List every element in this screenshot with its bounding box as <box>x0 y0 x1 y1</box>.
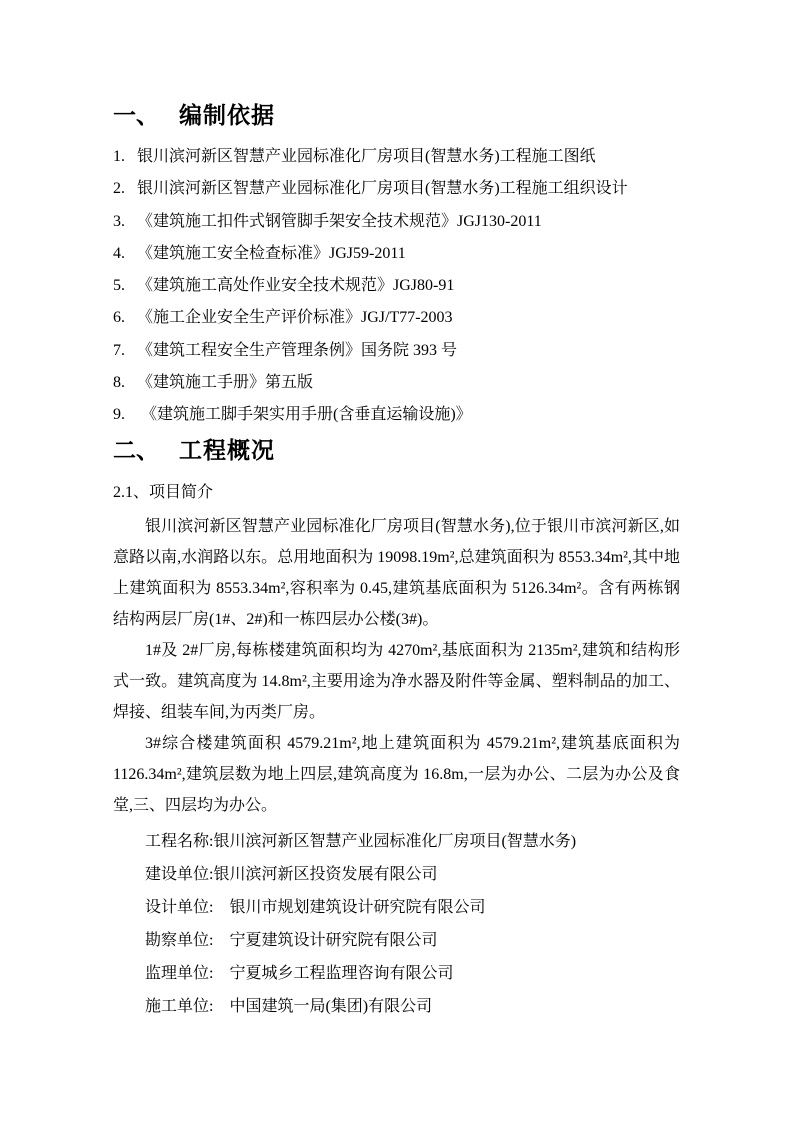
project-name-value: 银川滨河新区智慧产业园标准化厂房项目(智慧水务) <box>213 833 576 850</box>
basis-item-3-number: 3. <box>113 206 137 238</box>
section-2-heading: 二、工程概况 <box>113 434 680 466</box>
basis-item-2-text: 银川滨河新区智慧产业园标准化厂房项目(智慧水务)工程施工组织设计 <box>137 180 628 197</box>
basis-item-7: 7.《建筑工程安全生产管理条例》国务院 393 号 <box>113 335 680 367</box>
section-1-title: 编制依据 <box>179 102 275 128</box>
section-1-number: 一、 <box>113 99 159 131</box>
basis-item-6: 6.《施工企业安全生产评价标准》JGJ/T77-2003 <box>113 302 680 334</box>
overview-paragraph-1: 银川滨河新区智慧产业园标准化厂房项目(智慧水务),位于银川市滨河新区,如意路以南… <box>113 511 680 635</box>
overview-paragraph-3: 3#综合楼建筑面积 4579.21m²,地上建筑面积为 4579.21m²,建筑… <box>113 728 680 821</box>
basis-item-4-number: 4. <box>113 238 137 270</box>
basis-item-4-text: 《建筑施工安全检查标准》JGJ59-2011 <box>137 245 406 262</box>
construction-owner-label: 建设单位: <box>145 866 213 883</box>
document-page: 一、编制依据 1.银川滨河新区智慧产业园标准化厂房项目(智慧水务)工程施工图纸 … <box>0 0 793 1122</box>
survey-unit-line: 勘察单位: 宁夏建筑设计研究院有限公司 <box>113 924 680 957</box>
basis-item-1: 1.银川滨河新区智慧产业园标准化厂房项目(智慧水务)工程施工图纸 <box>113 141 680 173</box>
project-info-list: 工程名称:银川滨河新区智慧产业园标准化厂房项目(智慧水务) 建设单位:银川滨河新… <box>113 825 680 1023</box>
basis-item-3: 3.《建筑施工扣件式钢管脚手架安全技术规范》JGJ130-2011 <box>113 206 680 238</box>
project-name-line: 工程名称:银川滨河新区智慧产业园标准化厂房项目(智慧水务) <box>113 825 680 858</box>
basis-item-7-text: 《建筑工程安全生产管理条例》国务院 393 号 <box>137 342 457 359</box>
supervision-unit-value: 宁夏城乡工程监理咨询有限公司 <box>213 965 453 982</box>
basis-item-4: 4.《建筑施工安全检查标准》JGJ59-2011 <box>113 238 680 270</box>
construction-owner-line: 建设单位:银川滨河新区投资发展有限公司 <box>113 858 680 891</box>
basis-item-9-number: 9. <box>113 399 137 431</box>
basis-item-6-text: 《施工企业安全生产评价标准》JGJ/T77-2003 <box>137 309 453 326</box>
basis-item-5-text: 《建筑施工高处作业安全技术规范》JGJ80-91 <box>137 277 454 294</box>
basis-item-9: 9. 《建筑施工脚手架实用手册(含垂直运输设施)》 <box>113 399 680 431</box>
section-1-heading: 一、编制依据 <box>113 99 680 131</box>
survey-unit-label: 勘察单位: <box>145 932 213 949</box>
section-2-number: 二、 <box>113 434 159 466</box>
basis-item-2: 2.银川滨河新区智慧产业园标准化厂房项目(智慧水务)工程施工组织设计 <box>113 173 680 205</box>
design-unit-label: 设计单位: <box>145 899 213 916</box>
basis-item-8: 8.《建筑施工手册》第五版 <box>113 367 680 399</box>
basis-item-9-text: 《建筑施工脚手架实用手册(含垂直运输设施)》 <box>137 406 472 423</box>
overview-paragraph-2: 1#及 2#厂房,每栋楼建筑面积均为 4270m²,基底面积为 2135m²,建… <box>113 635 680 728</box>
project-name-label: 工程名称: <box>145 833 213 850</box>
basis-item-1-text: 银川滨河新区智慧产业园标准化厂房项目(智慧水务)工程施工图纸 <box>137 148 596 165</box>
survey-unit-value: 宁夏建筑设计研究院有限公司 <box>213 932 437 949</box>
basis-item-2-number: 2. <box>113 173 137 205</box>
basis-item-7-number: 7. <box>113 335 137 367</box>
section-2-title: 工程概况 <box>179 437 275 463</box>
basis-item-8-text: 《建筑施工手册》第五版 <box>137 374 313 391</box>
basis-item-6-number: 6. <box>113 302 137 334</box>
contractor-unit-value: 中国建筑一局(集团)有限公司 <box>213 998 432 1015</box>
basis-item-5-number: 5. <box>113 270 137 302</box>
contractor-unit-line: 施工单位: 中国建筑一局(集团)有限公司 <box>113 990 680 1023</box>
design-unit-value: 银川市规划建筑设计研究院有限公司 <box>213 899 485 916</box>
basis-item-1-number: 1. <box>113 141 137 173</box>
basis-item-5: 5.《建筑施工高处作业安全技术规范》JGJ80-91 <box>113 270 680 302</box>
basis-item-3-text: 《建筑施工扣件式钢管脚手架安全技术规范》JGJ130-2011 <box>137 213 542 230</box>
supervision-unit-line: 监理单位: 宁夏城乡工程监理咨询有限公司 <box>113 957 680 990</box>
contractor-unit-label: 施工单位: <box>145 998 213 1015</box>
subsection-2-1-title: 2.1、项目简介 <box>113 482 680 504</box>
supervision-unit-label: 监理单位: <box>145 965 213 982</box>
basis-reference-list: 1.银川滨河新区智慧产业园标准化厂房项目(智慧水务)工程施工图纸 2.银川滨河新… <box>113 141 680 432</box>
basis-item-8-number: 8. <box>113 367 137 399</box>
design-unit-line: 设计单位: 银川市规划建筑设计研究院有限公司 <box>113 891 680 924</box>
construction-owner-value: 银川滨河新区投资发展有限公司 <box>213 866 437 883</box>
